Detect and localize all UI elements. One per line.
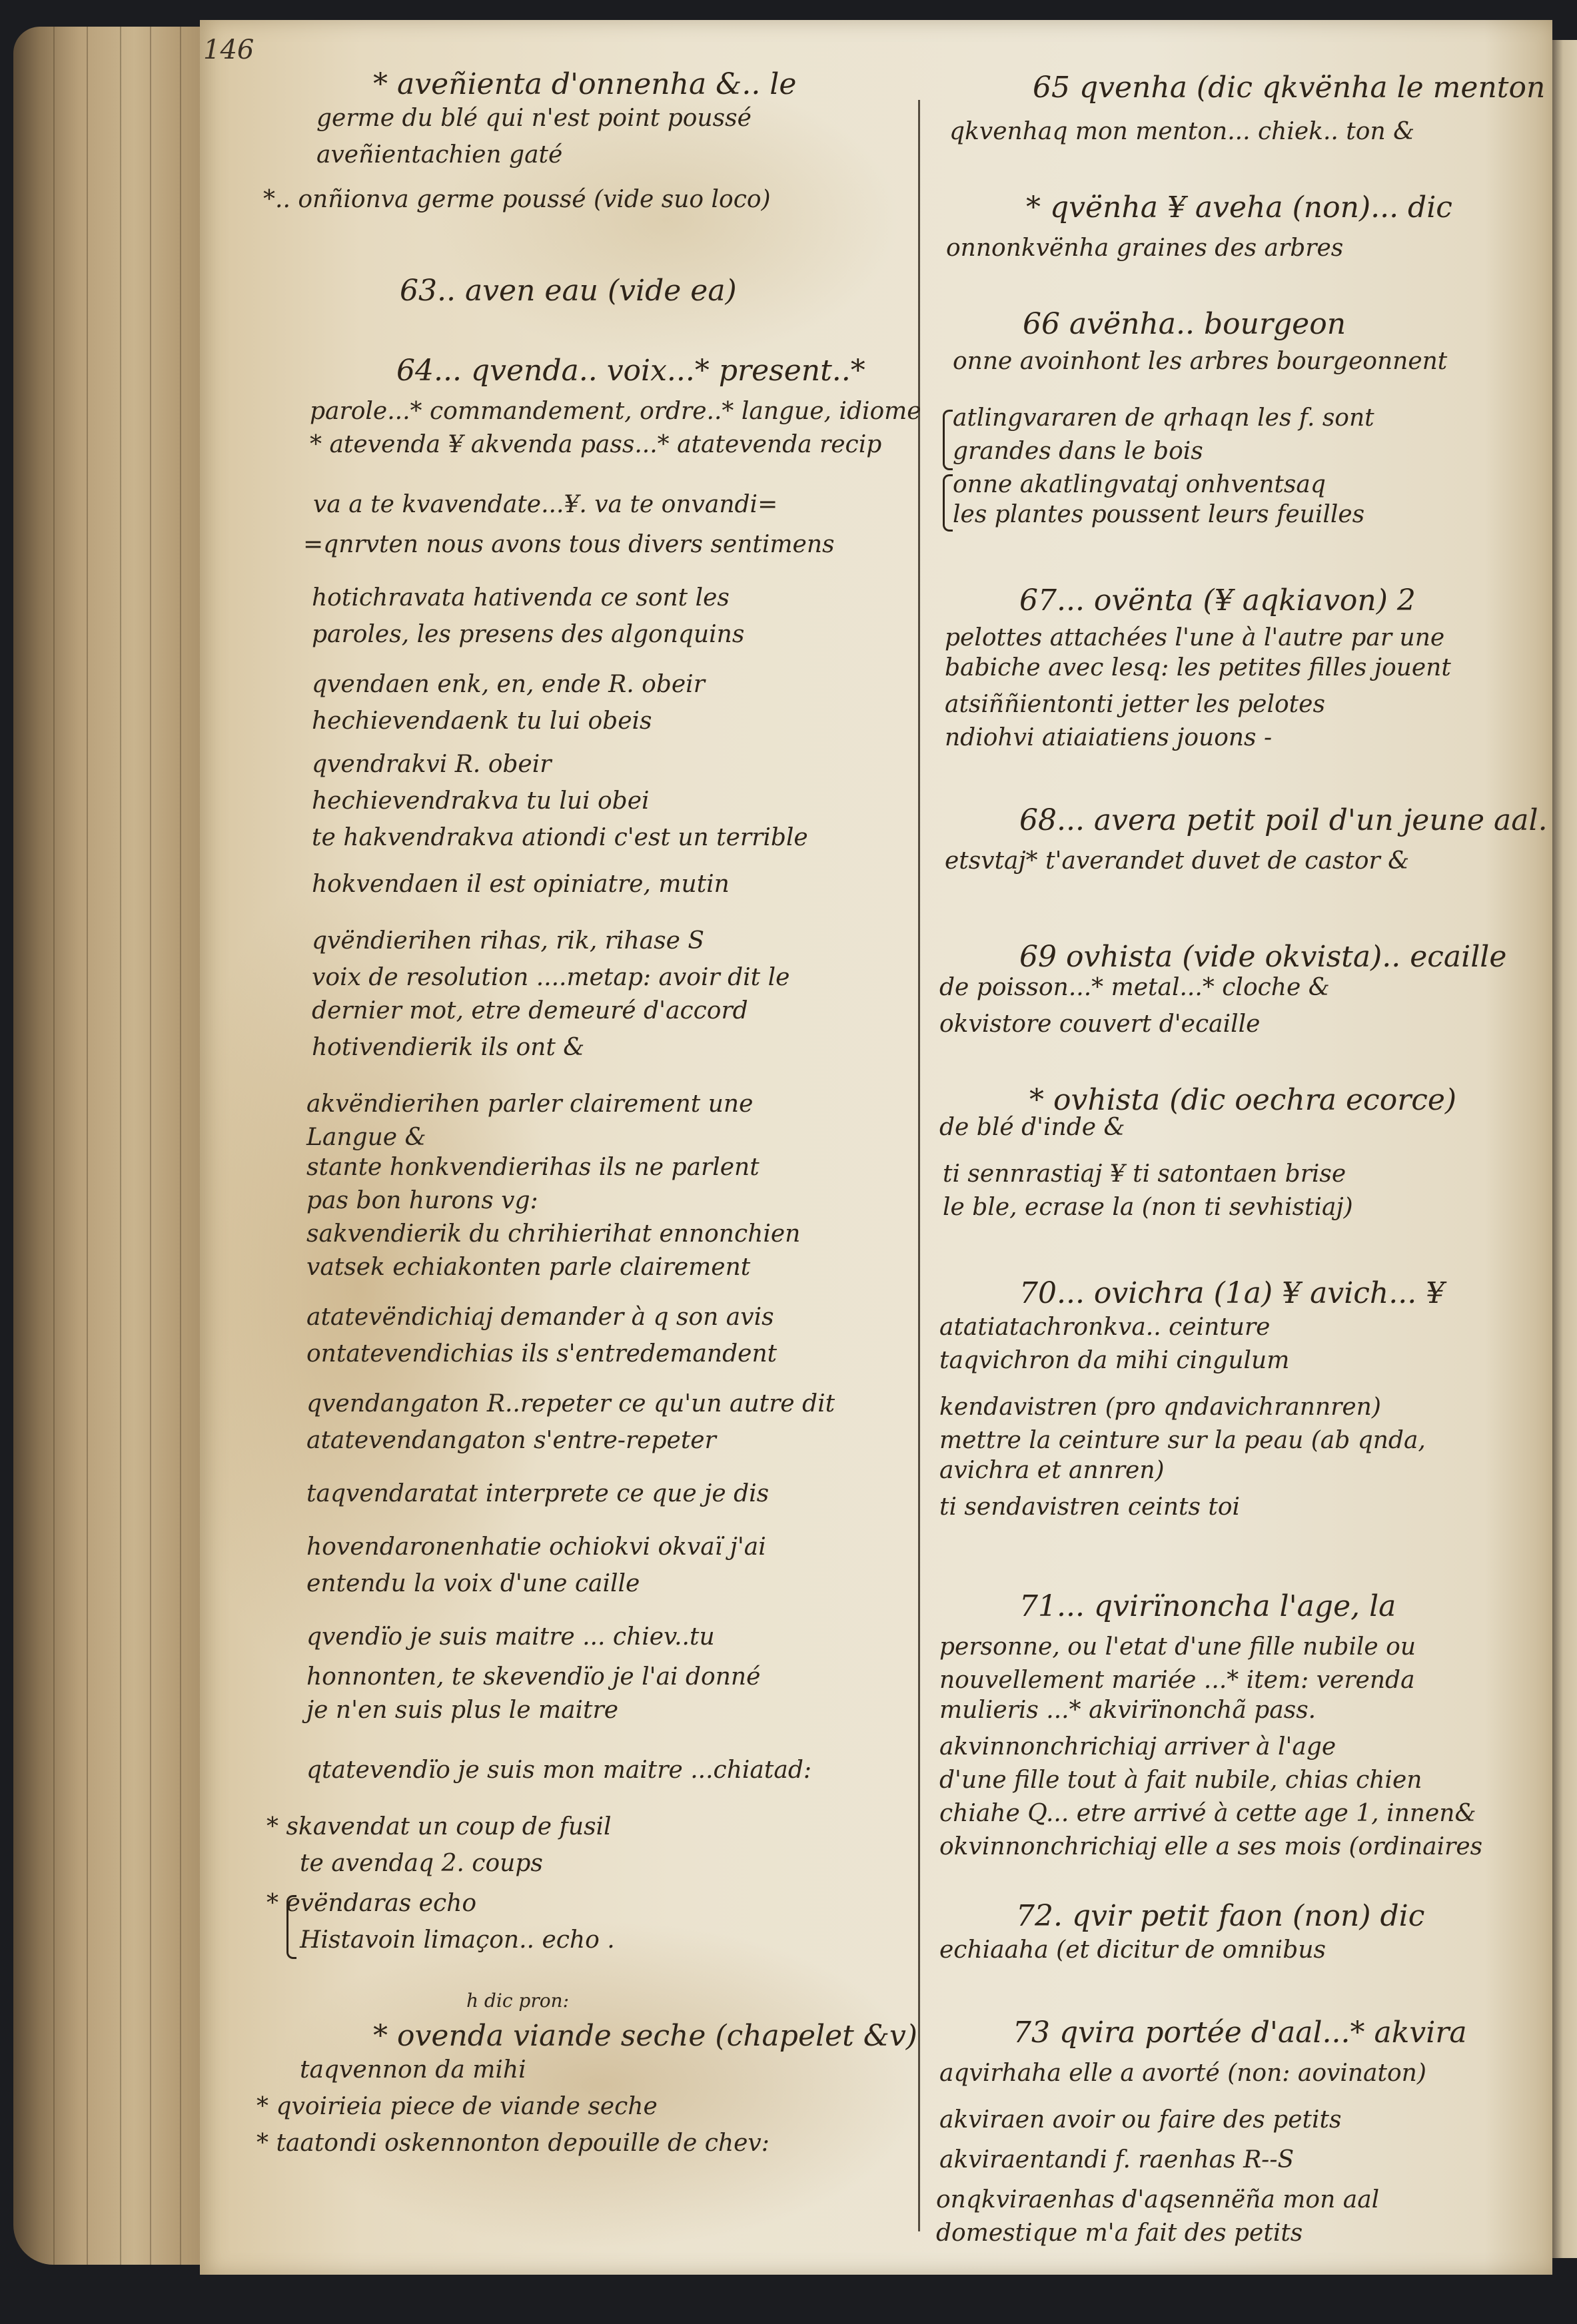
entry-line: qvendrakvi R. obeir — [312, 753, 551, 777]
brace-mark — [943, 410, 953, 470]
brace-mark — [943, 474, 953, 532]
entry-line: mettre la ceinture sur la peau (ab qnda, — [939, 1429, 1426, 1453]
entry-line: babiche avec lesq: les petites filles jo… — [945, 656, 1451, 680]
entry-line: je n'en suis plus le maitre — [306, 1699, 618, 1723]
entry-line: ontatevendichias ils s'entredemandent — [306, 1342, 777, 1366]
entry-line: stante honkvendierihas ils ne parlent — [306, 1156, 760, 1180]
entry-line: 69 ovhista (vide okvista).. ecaille — [1019, 943, 1506, 972]
entry-line: * qvënha ¥ aveha (non)... dic — [1026, 193, 1452, 222]
annotation-line: h dic pron: — [466, 1992, 569, 2010]
entry-line: hechievendrakva tu lui obei — [312, 789, 650, 813]
entry-line: entendu la voix d'une caille — [306, 1572, 640, 1596]
entry-line: onne akatlingvataj onhventsaq — [953, 473, 1326, 497]
entry-line: * atevenda ¥ akvenda pass...* atatevenda… — [310, 433, 881, 457]
entry-line: hovendaronenhatie ochiokvi okvaï j'ai — [306, 1535, 766, 1559]
entry-line: voix de resolution ....metap: avoir dit … — [312, 966, 789, 990]
entry-line: le ble, ecrase la (non ti sevhistiaj) — [943, 1196, 1353, 1220]
entry-line: atatiatachronkva.. ceinture — [939, 1316, 1270, 1340]
entry-line: 67... ovënta (¥ aqkiavon) 2 — [1019, 586, 1416, 615]
entry-line: etsvtaj* t'averandet duvet de castor & — [945, 849, 1409, 873]
entry-line: aqvirhaha elle a avorté (non: aovinaton) — [939, 2062, 1426, 2086]
page-number: 146 — [203, 35, 254, 65]
entry-line: * ovenda viande seche (chapelet &v) — [373, 2022, 917, 2051]
entry-line: taqvichron da mihi cingulum — [939, 1349, 1289, 1373]
entry-line: aveñientachien gaté — [316, 143, 562, 167]
entry-line: 64... qvenda.. voix...* present..* — [396, 356, 865, 386]
entry-line: honnonten, te skevendïo je l'ai donné — [306, 1665, 760, 1689]
entry-line: *.. onñionva germe poussé (vide suo loco… — [263, 188, 771, 212]
entry-line: atsiññientonti jetter les pelotes — [945, 693, 1325, 717]
entry-line: 70... ovichra (1a) ¥ avich... ¥ — [1019, 1279, 1444, 1308]
entry-line: de blé d'inde & — [939, 1116, 1125, 1140]
entry-line: 66 avënha.. bourgeon — [1023, 310, 1346, 339]
entry-line: chiahe Q... etre arrivé à cette age 1, i… — [939, 1802, 1476, 1826]
entry-line: * ovhista (dic oechra ecorce) — [1029, 1086, 1456, 1115]
entry-line: de poisson...* metal...* cloche & — [939, 976, 1330, 1000]
entry-line: 68... avera petit poil d'un jeune aal. — [1019, 806, 1548, 835]
facing-page-edge — [1552, 40, 1577, 2258]
entry-line: akviraentandi f. raenhas R--S — [939, 2148, 1294, 2172]
entry-line: 72. qvir petit faon (non) dic — [1016, 1902, 1424, 1931]
entry-line: onqkviraenhas d'aqsennëña mon aal — [936, 2188, 1379, 2212]
entry-line: * qvoirieia piece de viande seche — [257, 2095, 658, 2119]
entry-line: akviraen avoir ou faire des petits — [939, 2108, 1341, 2132]
entry-line: * aveñienta d'onnenha &.. le — [373, 70, 796, 99]
entry-line: taqvennon da mihi — [300, 2058, 526, 2082]
entry-line: ndiohvi atiaiatiens jouons - — [945, 726, 1272, 750]
entry-line: qvendaen enk, en, ende R. obeir — [312, 673, 705, 697]
entry-line: qvendïo je suis maitre ... chiev..tu — [306, 1625, 715, 1649]
entry-line: echiaaha (et dicitur de omnibus — [939, 1938, 1326, 1962]
entry-line: onne avoinhont les arbres bourgeonnent — [953, 350, 1447, 374]
entry-line: pas bon hurons vg: — [306, 1189, 538, 1213]
entry-line: =qnrvten nous avons tous divers sentimen… — [303, 533, 835, 557]
entry-line: 73 qvira portée d'aal...* akvira — [1013, 2018, 1467, 2048]
entry-line: taqvendaratat interprete ce que je dis — [306, 1482, 769, 1506]
entry-line: te hakvendrakva ationdi c'est un terribl… — [312, 826, 808, 850]
entry-line: 65 qvenha (dic qkvënha le menton — [1033, 73, 1545, 103]
entry-line: hotichravata hativenda ce sont les — [312, 586, 730, 610]
entry-line: hokvendaen il est opiniatre, mutin — [312, 873, 730, 897]
entry-line: te avendaq 2. coups — [300, 1852, 543, 1876]
entry-line: dernier mot, etre demeuré d'accord — [312, 999, 748, 1023]
entry-line: * evëndaras echo — [266, 1892, 476, 1916]
entry-line: hotivendierik ils ont & — [312, 1036, 584, 1060]
entry-line: hechievendaenk tu lui obeis — [312, 709, 652, 733]
entry-line: parole...* commandement, ordre..* langue… — [310, 400, 921, 424]
entry-line: Histavoin limaçon.. echo . — [300, 1928, 615, 1952]
entry-line: akvëndierihen parler clairement une — [306, 1092, 753, 1116]
entry-line: onnonkvënha graines des arbres — [946, 236, 1343, 260]
entry-line: * skavendat un coup de fusil — [266, 1815, 612, 1839]
entry-line: vatsek echiakonten parle clairement — [306, 1256, 750, 1280]
entry-line: qvëndierihen rihas, rik, rihase S — [312, 929, 704, 953]
entry-line: personne, ou l'etat d'une fille nubile o… — [939, 1635, 1416, 1659]
entry-line: kendavistren (pro qndavichrannren) — [939, 1395, 1381, 1419]
entry-line: ti sendavistren ceints toi — [939, 1495, 1240, 1519]
entry-line: atatevendangaton s'entre-repeter — [306, 1429, 716, 1453]
brace-mark — [286, 1895, 296, 1959]
entry-line: qtatevendïo je suis mon maitre ...chiata… — [306, 1758, 811, 1782]
entry-line: * taatondi oskennonton depouille de chev… — [257, 2131, 770, 2155]
entry-line: qvendangaton R..repeter ce qu'un autre d… — [306, 1392, 835, 1416]
entry-line: les plantes poussent leurs feuilles — [953, 503, 1364, 527]
entry-line: va a te kvavendate...¥. va te onvandi= — [313, 493, 778, 517]
entry-line: paroles, les presens des algonquins — [312, 623, 744, 647]
entry-line: germe du blé qui n'est point poussé — [316, 107, 752, 131]
entry-line: 71... qvirïnoncha l'age, la — [1019, 1592, 1396, 1621]
entry-line: qkvenhaq mon menton... chiek.. ton & — [949, 120, 1414, 144]
entry-line: pelottes attachées l'une à l'autre par u… — [945, 626, 1444, 650]
entry-line: atlingvararen de qrhaqn les f. sont — [953, 406, 1374, 430]
entry-line: Langue & — [306, 1126, 426, 1150]
entry-line: domestique m'a fait des petits — [936, 2221, 1303, 2245]
entry-line: 63.. aven eau (vide ea) — [400, 276, 737, 306]
entry-line: nouvellement mariée ...* item: verenda — [939, 1669, 1415, 1693]
entry-line: d'une fille tout à fait nubile, chias ch… — [939, 1768, 1422, 1792]
entry-line: avichra et annren) — [939, 1459, 1165, 1483]
entry-line: akvinnonchrichiaj arriver à l'age — [939, 1735, 1336, 1759]
entry-line: grandes dans le bois — [953, 440, 1203, 464]
entry-line: atatevëndichiaj demander à q son avis — [306, 1306, 774, 1330]
entry-line: okvinnonchrichiaj elle a ses mois (ordin… — [939, 1835, 1482, 1859]
entry-line: sakvendierik du chrihierihat ennonchien — [306, 1222, 800, 1246]
entry-line: ti sennrastiaj ¥ ti satontaen brise — [943, 1162, 1346, 1186]
entry-line: okvistore couvert d'ecaille — [939, 1012, 1260, 1036]
entry-line: mulieris ...* akvirïnonchã pass. — [939, 1699, 1316, 1723]
